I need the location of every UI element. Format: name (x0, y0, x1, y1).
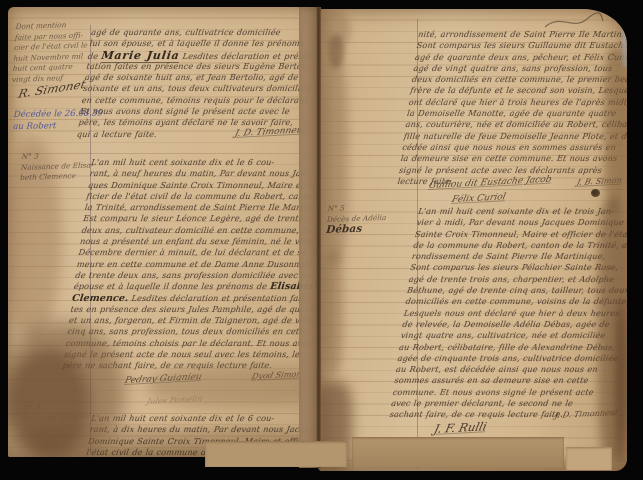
margin-act3-number: N° 3Naissance de Elisa-beth Clemence (20, 149, 98, 183)
act3-birth-paragraph: L'an mil huit cent soixante dix et le 6 … (62, 157, 314, 372)
margin-mention-note: Dont mentionfaite par nous offi-cier de … (12, 19, 91, 85)
act4-opening-paragraph: L'an mil huit cent soixante dix et le 6 … (86, 413, 314, 457)
ink-blot (591, 189, 600, 197)
act5-declarant-signature: J. F. Rulli (433, 419, 489, 436)
act4-ending-paragraph: nité, arrondissement de Saint Pierre Ile… (397, 29, 624, 187)
act5-death-paragraph: L'an mil huit cent soixante dix et le tr… (389, 206, 624, 421)
margin-act5-number: N° 5Décès de AdéliaDébas (326, 201, 421, 236)
right-page: N° 5Décès de AdéliaDébas nité, arrondiss… (318, 9, 627, 471)
register-scan: Dont mentionfaite par nous offi-cier de … (0, 0, 643, 480)
left-page: Dont mentionfaite par nous offi-cier de … (8, 7, 318, 457)
act2-ending-paragraph: agé de quarante ans, cultivatrice domici… (76, 27, 314, 140)
